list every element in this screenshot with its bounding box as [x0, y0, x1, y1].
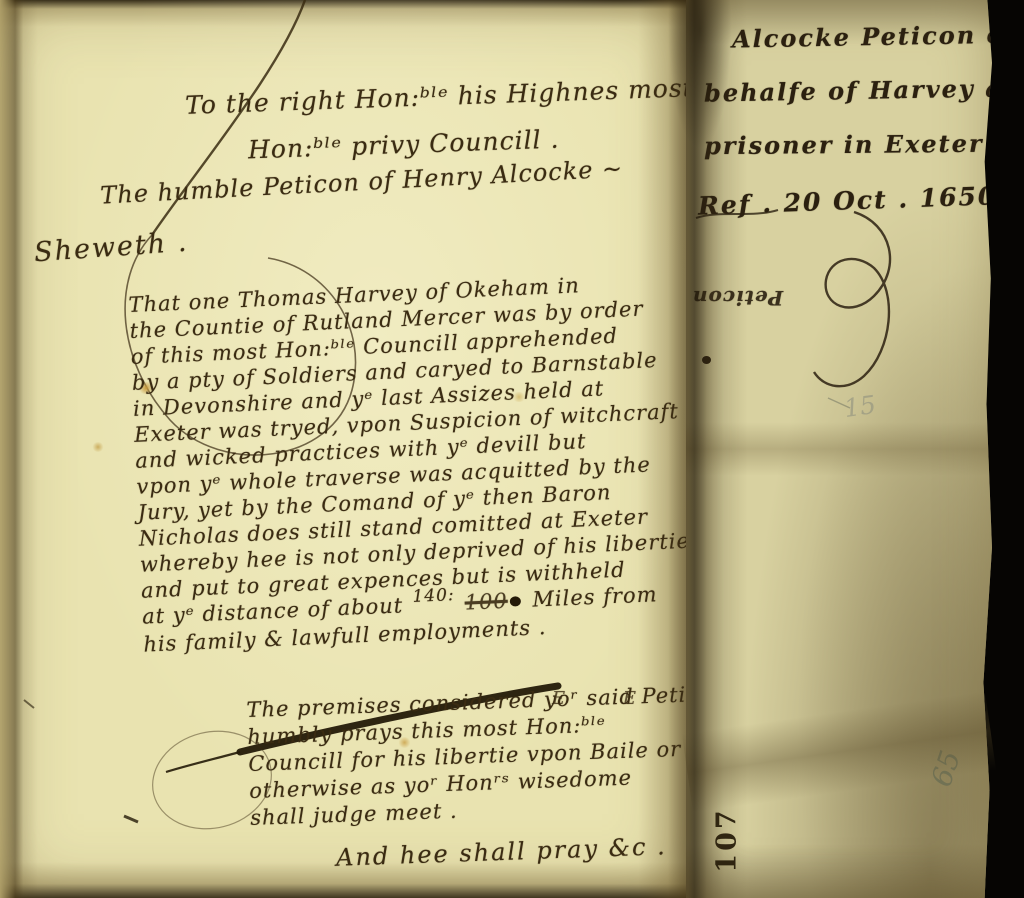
petition-body: That one Thomas Harvey of Okeham in the … [128, 267, 708, 657]
address-line-1: To the right Hon:ᵇˡᵉ his Highnes most [185, 73, 695, 120]
inserted-number: 140: [412, 582, 455, 610]
endorsement-panel: Alcocke Peticon on behalfe of Harvey a p… [686, 0, 992, 898]
endorsement-line-3: prisoner in Exeter [704, 129, 984, 160]
small-ink-dash-2 [24, 700, 34, 708]
endorsement-line-2: behalfe of Harvey a [704, 73, 1003, 107]
petition-closing: The premises considered yoʳ said Peticon… [246, 680, 740, 832]
petition-title-line: The humble Peticon of Henry Alcocke ~ [100, 154, 624, 209]
edge-pencil-numeral: 65 [925, 746, 967, 790]
small-ink-dash [124, 816, 138, 822]
ink-dot [702, 356, 711, 364]
foxing-stain [92, 442, 104, 452]
folio-number: 107 [712, 807, 743, 872]
closing-stroke-tail [166, 752, 240, 772]
prayer-line: And hee shall pray &c . [336, 832, 668, 872]
line-suffix: Miles from [532, 582, 658, 611]
salutation: Sheweth . [33, 227, 189, 269]
petition-page: To the right Hon:ᵇˡᵉ his Highnes most Ho… [0, 0, 686, 898]
address-line-2: Hon:ᵇˡᵉ privy Councill . [248, 125, 560, 165]
archive-folio-stamp: 107 [690, 800, 764, 880]
ink-blot [510, 596, 521, 606]
large-s-flourish [814, 212, 890, 386]
pencil-numeral: 15 [842, 390, 878, 423]
endorsement-line-1: Alcocke Peticon on [732, 19, 1024, 53]
inverted-docket-word: Peticon [692, 286, 783, 310]
struck-out-number: 100 [464, 589, 508, 615]
manuscript-photo: { "colors": { "paper_main": "#e9e3b0", "… [0, 0, 1024, 898]
reference-date: Ref . 20 Oct . 1650 . [698, 180, 1020, 220]
